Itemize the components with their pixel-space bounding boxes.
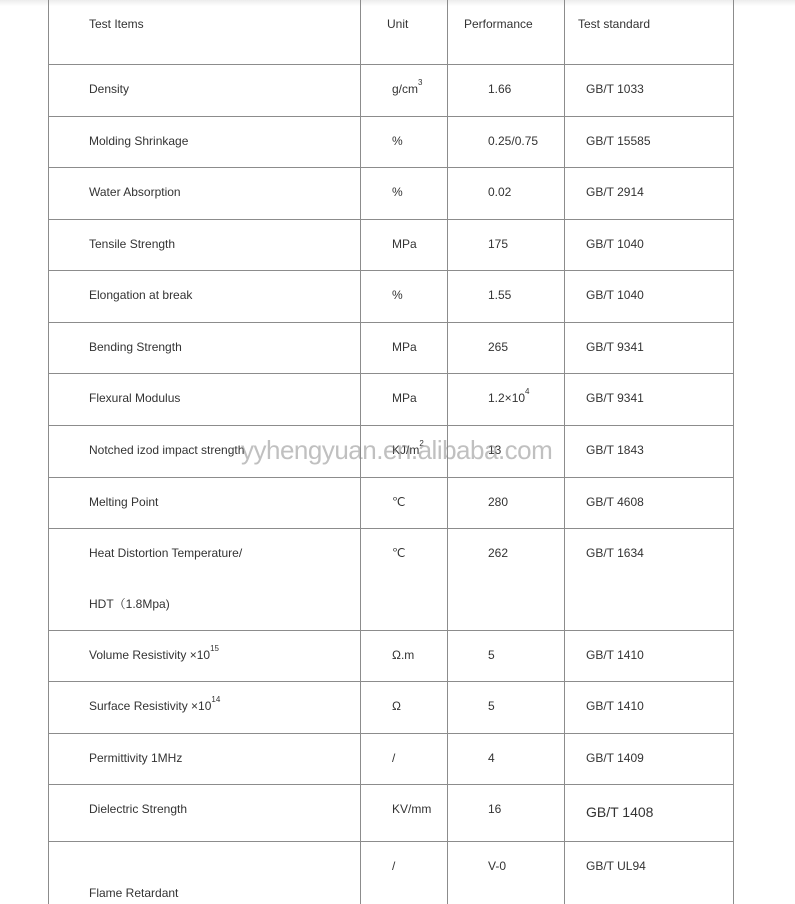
table-row: Melting Point℃280GB/T 4608 [49,478,734,529]
cell-unit: Ω.m [361,631,448,682]
cell-performance: 280 [448,478,565,529]
table-row: Densityg/cm31.66GB/T 1033 [49,65,734,117]
cell-test-item: Molding Shrinkage [49,117,361,168]
cell-test-standard: GB/T 1408 [565,785,734,842]
cell-performance: 0.25/0.75 [448,117,565,168]
cell-performance: V-0 [448,842,565,904]
cell-unit: g/cm3 [361,65,448,117]
cell-test-item: Bending Strength [49,323,361,374]
cell-unit: MPa [361,323,448,374]
header-test-items: Test Items [49,0,361,65]
cell-test-item: Elongation at break [49,271,361,323]
table-row: Dielectric StrengthKV/mm16GB/T 1408 [49,785,734,842]
cell-test-standard: GB/T 1410 [565,682,734,734]
cell-test-standard: GB/T 1033 [565,65,734,117]
cell-test-item: Surface Resistivity ×1014 [49,682,361,734]
cell-unit: ℃ [361,478,448,529]
table-row: Surface Resistivity ×1014Ω5GB/T 1410 [49,682,734,734]
cell-test-item: Flexural Modulus [49,374,361,426]
header-performance: Performance [448,0,565,65]
cell-unit: % [361,117,448,168]
cell-test-item: Flame Retardant [49,842,361,904]
cell-unit: ℃ [361,529,448,631]
cell-test-standard: GB/T UL94 [565,842,734,904]
header-test-standard: Test standard [565,0,734,65]
table-header-row: Test Items Unit Performance Test standar… [49,0,734,65]
cell-unit: / [361,842,448,904]
cell-test-item: Permittivity 1MHz [49,734,361,785]
cell-performance: 1.66 [448,65,565,117]
cell-unit: KV/mm [361,785,448,842]
table-row: Permittivity 1MHz/4GB/T 1409 [49,734,734,785]
cell-unit: Ω [361,682,448,734]
cell-unit: / [361,734,448,785]
cell-test-standard: GB/T 15585 [565,117,734,168]
cell-test-standard: GB/T 1409 [565,734,734,785]
cell-test-standard: GB/T 4608 [565,478,734,529]
table-row: Flame Retardant/V-0GB/T UL94 [49,842,734,904]
cell-test-item: Volume Resistivity ×1015 [49,631,361,682]
cell-performance: 0.02 [448,168,565,220]
cell-performance: 175 [448,220,565,271]
cell-test-item: Dielectric Strength [49,785,361,842]
cell-test-standard: GB/T 1410 [565,631,734,682]
cell-performance: 5 [448,631,565,682]
cell-test-item: Heat Distortion Temperature/HDT（1.8Mpa) [49,529,361,631]
cell-unit: % [361,271,448,323]
cell-performance: 265 [448,323,565,374]
table-row: Volume Resistivity ×1015Ω.m5GB/T 1410 [49,631,734,682]
cell-test-standard: GB/T 2914 [565,168,734,220]
cell-test-item-line2: HDT（1.8Mpa) [89,597,170,611]
cell-performance: 5 [448,682,565,734]
table-row: Bending StrengthMPa265GB/T 9341 [49,323,734,374]
cell-unit: % [361,168,448,220]
cell-test-standard: GB/T 1634 [565,529,734,631]
cell-performance: 16 [448,785,565,842]
cell-test-standard: GB/T 9341 [565,323,734,374]
cell-unit: MPa [361,374,448,426]
header-unit: Unit [361,0,448,65]
table-row: Molding Shrinkage%0.25/0.75GB/T 15585 [49,117,734,168]
cell-test-standard: GB/T 1843 [565,426,734,478]
table-row: Elongation at break%1.55GB/T 1040 [49,271,734,323]
cell-test-item: Melting Point [49,478,361,529]
cell-test-standard: GB/T 1040 [565,220,734,271]
table-row: Flexural ModulusMPa1.2×104GB/T 9341 [49,374,734,426]
cell-test-item: Water Absorption [49,168,361,220]
cell-performance: 1.55 [448,271,565,323]
cell-performance: 1.2×104 [448,374,565,426]
cell-test-item: Tensile Strength [49,220,361,271]
cell-unit: MPa [361,220,448,271]
cell-test-item: Density [49,65,361,117]
watermark: yyhengyuan.en.alibaba.com [241,435,552,466]
cell-performance: 262 [448,529,565,631]
cell-test-standard: GB/T 1040 [565,271,734,323]
table-row: Tensile StrengthMPa175GB/T 1040 [49,220,734,271]
cell-test-standard: GB/T 9341 [565,374,734,426]
cell-performance: 4 [448,734,565,785]
table-row: Water Absorption%0.02GB/T 2914 [49,168,734,220]
table-row: Heat Distortion Temperature/HDT（1.8Mpa)℃… [49,529,734,631]
